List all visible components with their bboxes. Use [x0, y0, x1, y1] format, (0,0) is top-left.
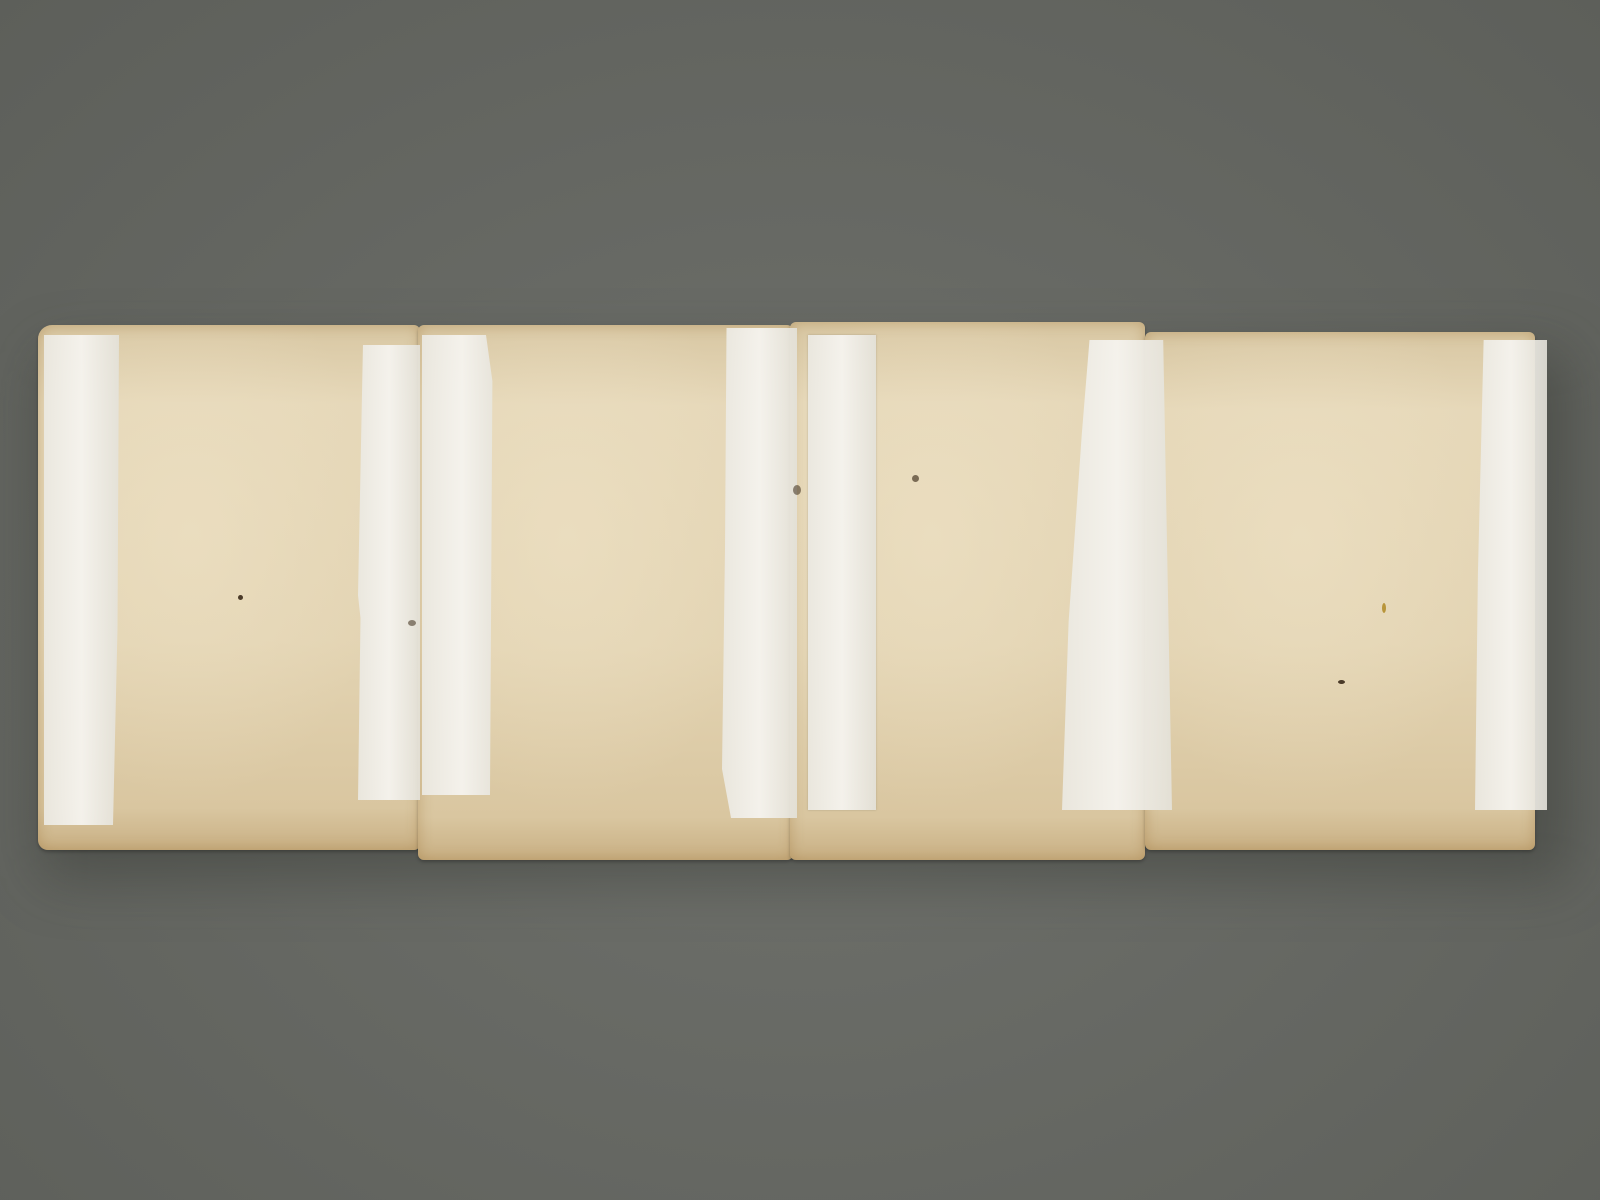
tape-strip: [1475, 340, 1547, 810]
tape-strip: [422, 335, 502, 795]
stain-spot: [408, 620, 416, 626]
stain-spot: [793, 485, 801, 495]
tape-strip: [44, 335, 119, 825]
tape-strip: [808, 335, 876, 810]
stain-spot: [238, 595, 243, 600]
tape-strip: [358, 345, 420, 800]
stain-spot: [1338, 680, 1345, 684]
tape-strip: [722, 328, 797, 818]
stain-spot: [912, 475, 919, 482]
stain-spot: [1382, 603, 1386, 613]
